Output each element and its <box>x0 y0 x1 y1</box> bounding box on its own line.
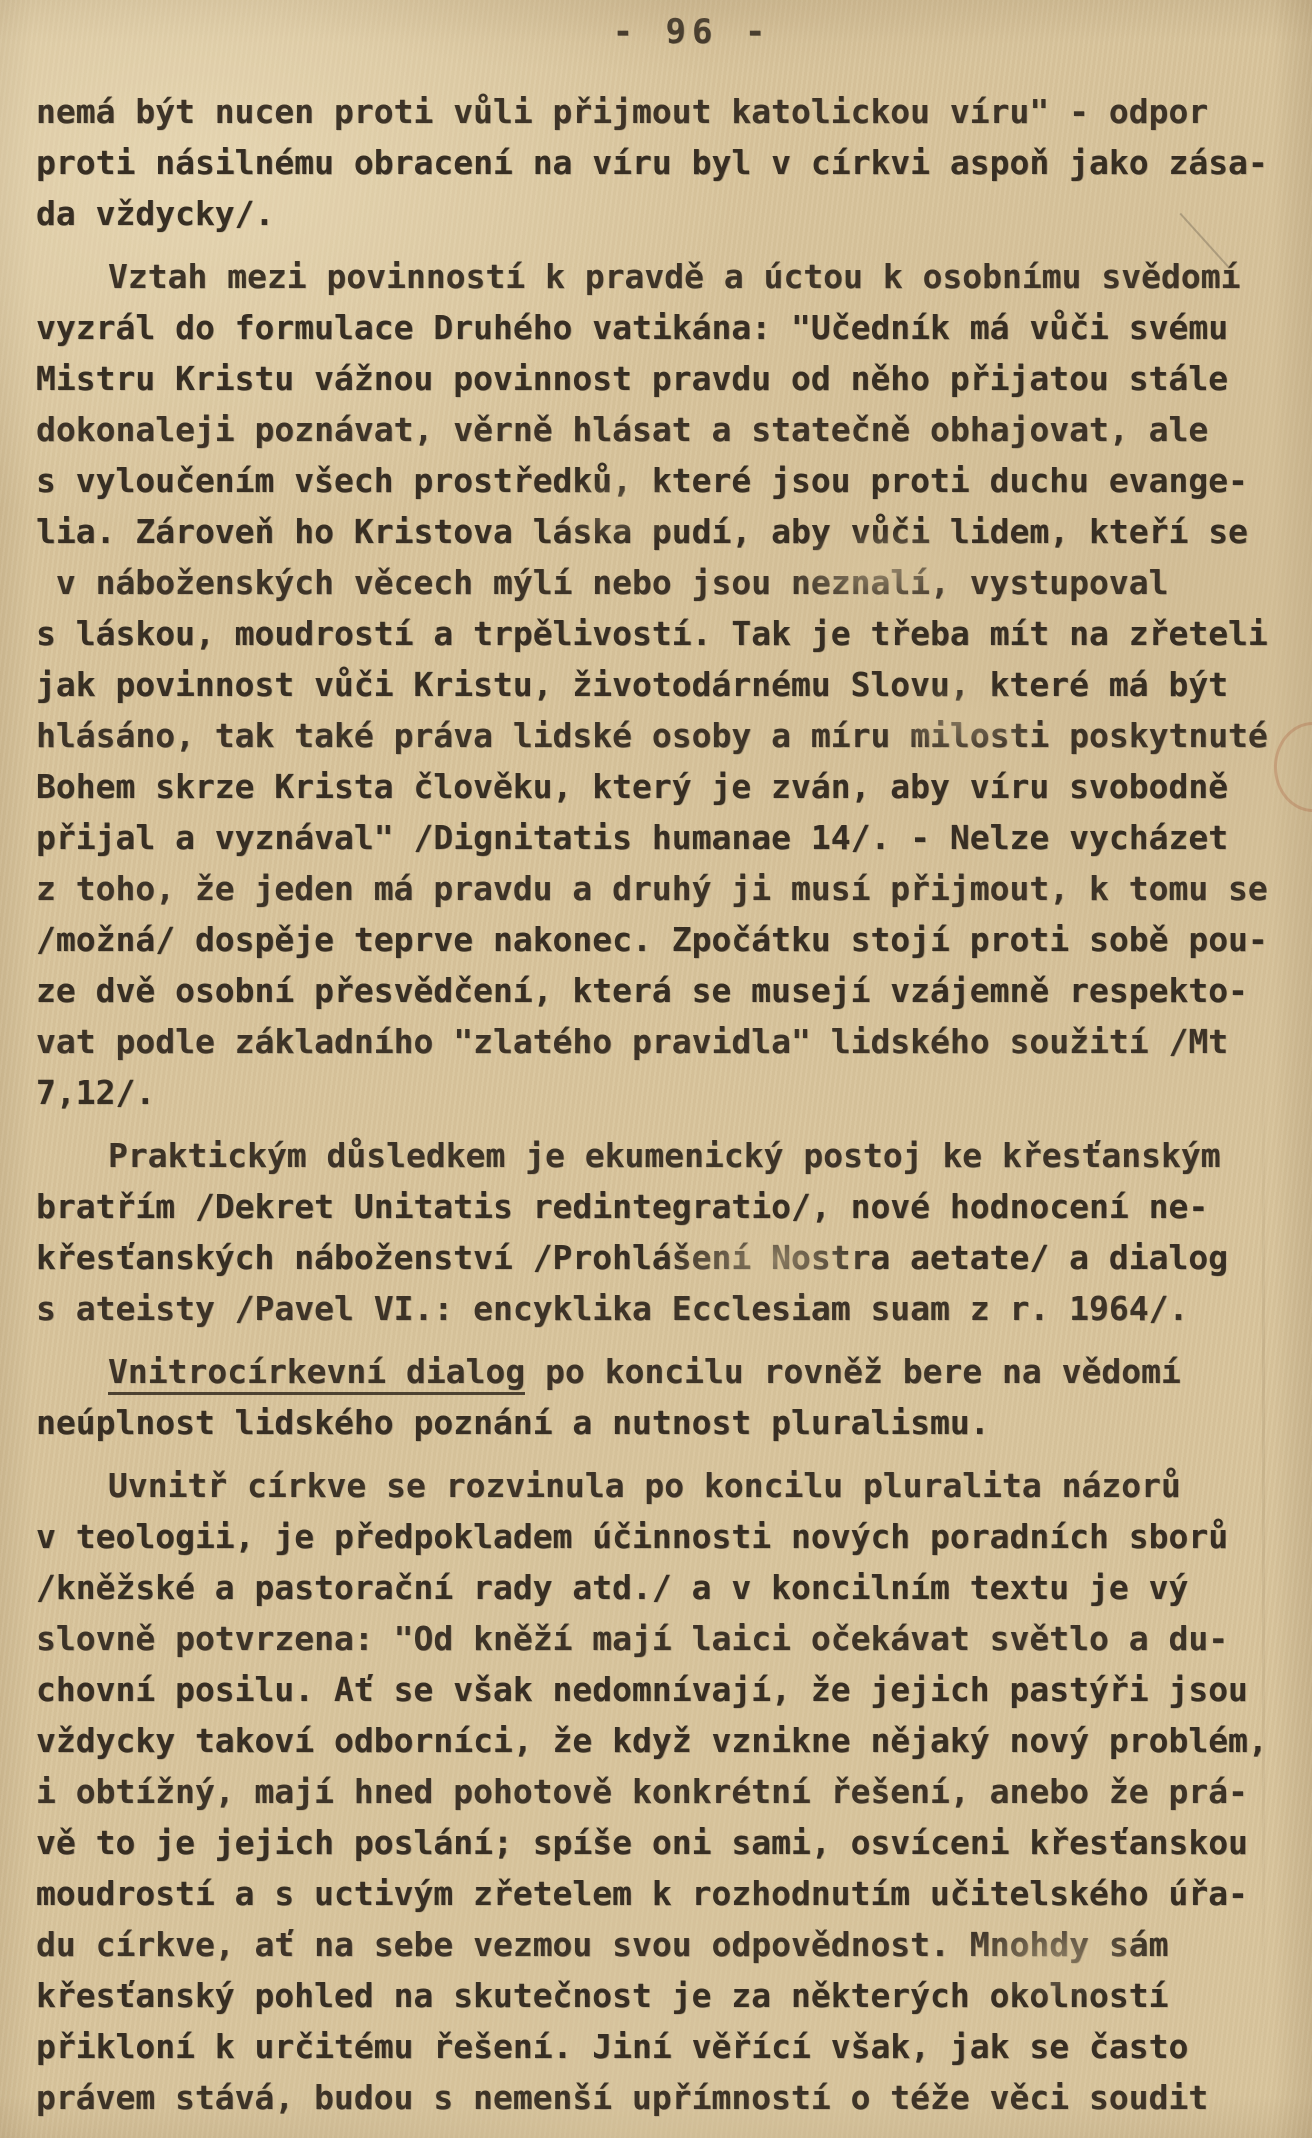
text-line: chovní posilu. Ať se však nedomnívají, ž… <box>36 1664 1286 1715</box>
text-line: v náboženských věcech mýlí nebo jsou nez… <box>36 557 1286 608</box>
text-line: vyzrál do formulace Druhého vatikána: "U… <box>36 302 1286 353</box>
text-line: bratřím /Dekret Unitatis redintegratio/,… <box>36 1181 1286 1232</box>
text-line: /možná/ dospěje teprve nakonec. Zpočátku… <box>36 914 1286 965</box>
text-line: přikloní k určitému řešení. Jiní věřící … <box>36 2021 1286 2072</box>
page-body: nemá být nucen proti vůli přijmout katol… <box>36 86 1286 2123</box>
text-line: s vyloučením všech prostředků, které jso… <box>36 455 1286 506</box>
text-line: nemá být nucen proti vůli přijmout katol… <box>36 86 1286 137</box>
text-line: v teologii, je předpokladem účinnosti no… <box>36 1511 1286 1562</box>
text-line: slovně potvrzena: "Od kněží mají laici o… <box>36 1613 1286 1664</box>
text-line: právem stává, budou s nemenší upřímností… <box>36 2072 1286 2123</box>
paper-crease <box>1262 1050 1265 2050</box>
text-line: 7,12/. <box>36 1067 1286 1118</box>
text-line: proti násilnému obracení na víru byl v c… <box>36 137 1286 188</box>
text-line: dokonaleji poznávat, věrně hlásat a stat… <box>36 404 1286 455</box>
text-line: hlásáno, tak také práva lidské osoby a m… <box>36 710 1286 761</box>
text-line: vat podle základního "zlatého pravidla" … <box>36 1016 1286 1067</box>
text-line: křesťanský pohled na skutečnost je za ně… <box>36 1970 1286 2021</box>
text-line: Vztah mezi povinností k pravdě a úctou k… <box>36 251 1286 302</box>
paragraph: Praktickým důsledkem je ekumenický posto… <box>36 1130 1286 1334</box>
text-line: z toho, že jeden má pravdu a druhý ji mu… <box>36 863 1286 914</box>
text-line: Mistru Kristu vážnou povinnost pravdu od… <box>36 353 1286 404</box>
text-line: lia. Zároveň ho Kristova láska pudí, aby… <box>36 506 1286 557</box>
text-line: Vnitrocírkevní dialog po koncilu rovněž … <box>36 1346 1286 1397</box>
text-line: du církve, ať na sebe vezmou svou odpově… <box>36 1919 1286 1970</box>
scanned-page: { "palette": { "paper": "#d8c49c", "ink"… <box>0 0 1312 2138</box>
text-line: vě to je jejich poslání; spíše oni sami,… <box>36 1817 1286 1868</box>
text-line: s láskou, moudrostí a trpělivostí. Tak j… <box>36 608 1286 659</box>
text-line: jak povinnost vůči Kristu, životodárnému… <box>36 659 1286 710</box>
text-line: Uvnitř církve se rozvinula po koncilu pl… <box>36 1460 1286 1511</box>
page-number: - 96 - <box>36 12 1312 52</box>
text-line: Praktickým důsledkem je ekumenický posto… <box>36 1130 1286 1181</box>
paragraph: Uvnitř církve se rozvinula po koncilu pl… <box>36 1460 1286 2123</box>
text-line: da vždycky/. <box>36 188 1286 239</box>
text-line: vždycky takoví odborníci, že když vznikn… <box>36 1715 1286 1766</box>
text-line: moudrostí a s uctivým zřetelem k rozhodn… <box>36 1868 1286 1919</box>
paragraph: nemá být nucen proti vůli přijmout katol… <box>36 86 1286 239</box>
text-line: přijal a vyznával" /Dignitatis humanae 1… <box>36 812 1286 863</box>
text-line: i obtížný, mají hned pohotově konkrétní … <box>36 1766 1286 1817</box>
paragraph: Vnitrocírkevní dialog po koncilu rovněž … <box>36 1346 1286 1448</box>
text-line: s ateisty /Pavel VI.: encyklika Ecclesia… <box>36 1283 1286 1334</box>
text-line: ze dvě osobní přesvědčení, která se muse… <box>36 965 1286 1016</box>
underlined-heading: Vnitrocírkevní dialog <box>108 1352 525 1395</box>
text-line: Bohem skrze Krista člověku, který je zvá… <box>36 761 1286 812</box>
text-line: neúplnost lidského poznání a nutnost plu… <box>36 1397 1286 1448</box>
text-line: křesťanských náboženství /Prohlášení Nos… <box>36 1232 1286 1283</box>
paragraph: Vztah mezi povinností k pravdě a úctou k… <box>36 251 1286 1118</box>
text-line: /kněžské a pastorační rady atd./ a v kon… <box>36 1562 1286 1613</box>
